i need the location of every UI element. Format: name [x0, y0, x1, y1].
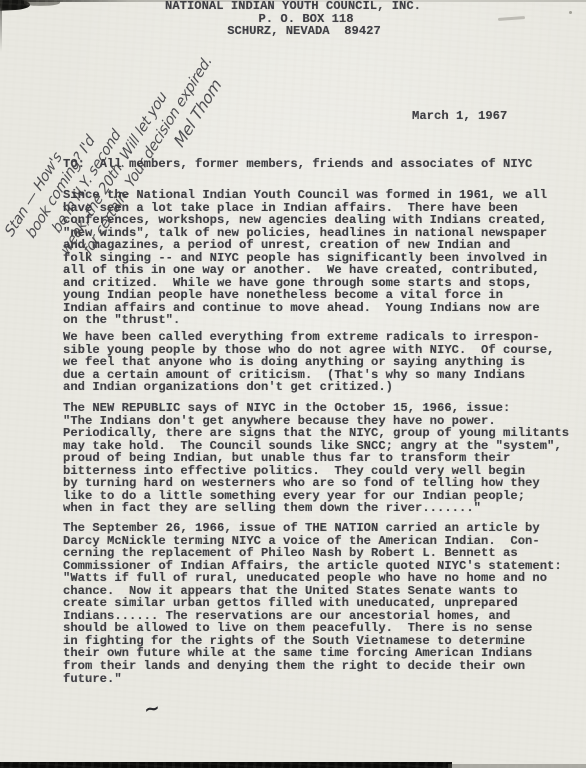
scan-edge-bottom-light: [448, 764, 586, 768]
org-address-city: SCHURZ, NEVADA 89427: [11, 25, 586, 38]
body-paragraph-4: The September 26, 1966, issue of THE NAT…: [63, 522, 562, 685]
letter-date: March 1, 1967: [412, 110, 507, 123]
letterhead: NATIONAL INDIAN YOUTH COUNCIL, INC. P. O…: [0, 0, 586, 38]
body-paragraph-3: The NEW REPUBLIC says of NIYC in the Oct…: [63, 402, 569, 515]
to-line: TO: All members, former members, friends…: [63, 158, 532, 171]
scan-edge-bottom-dark: [0, 762, 452, 768]
stray-ink-mark: ~: [142, 697, 162, 721]
body-paragraph-1: Since the National Indian Youth Council …: [63, 189, 547, 327]
body-paragraph-2: We have been called everything from extr…: [63, 331, 554, 394]
scanned-letter-page: Stan — How's book coming? I'd be in N.Y.…: [0, 0, 586, 768]
